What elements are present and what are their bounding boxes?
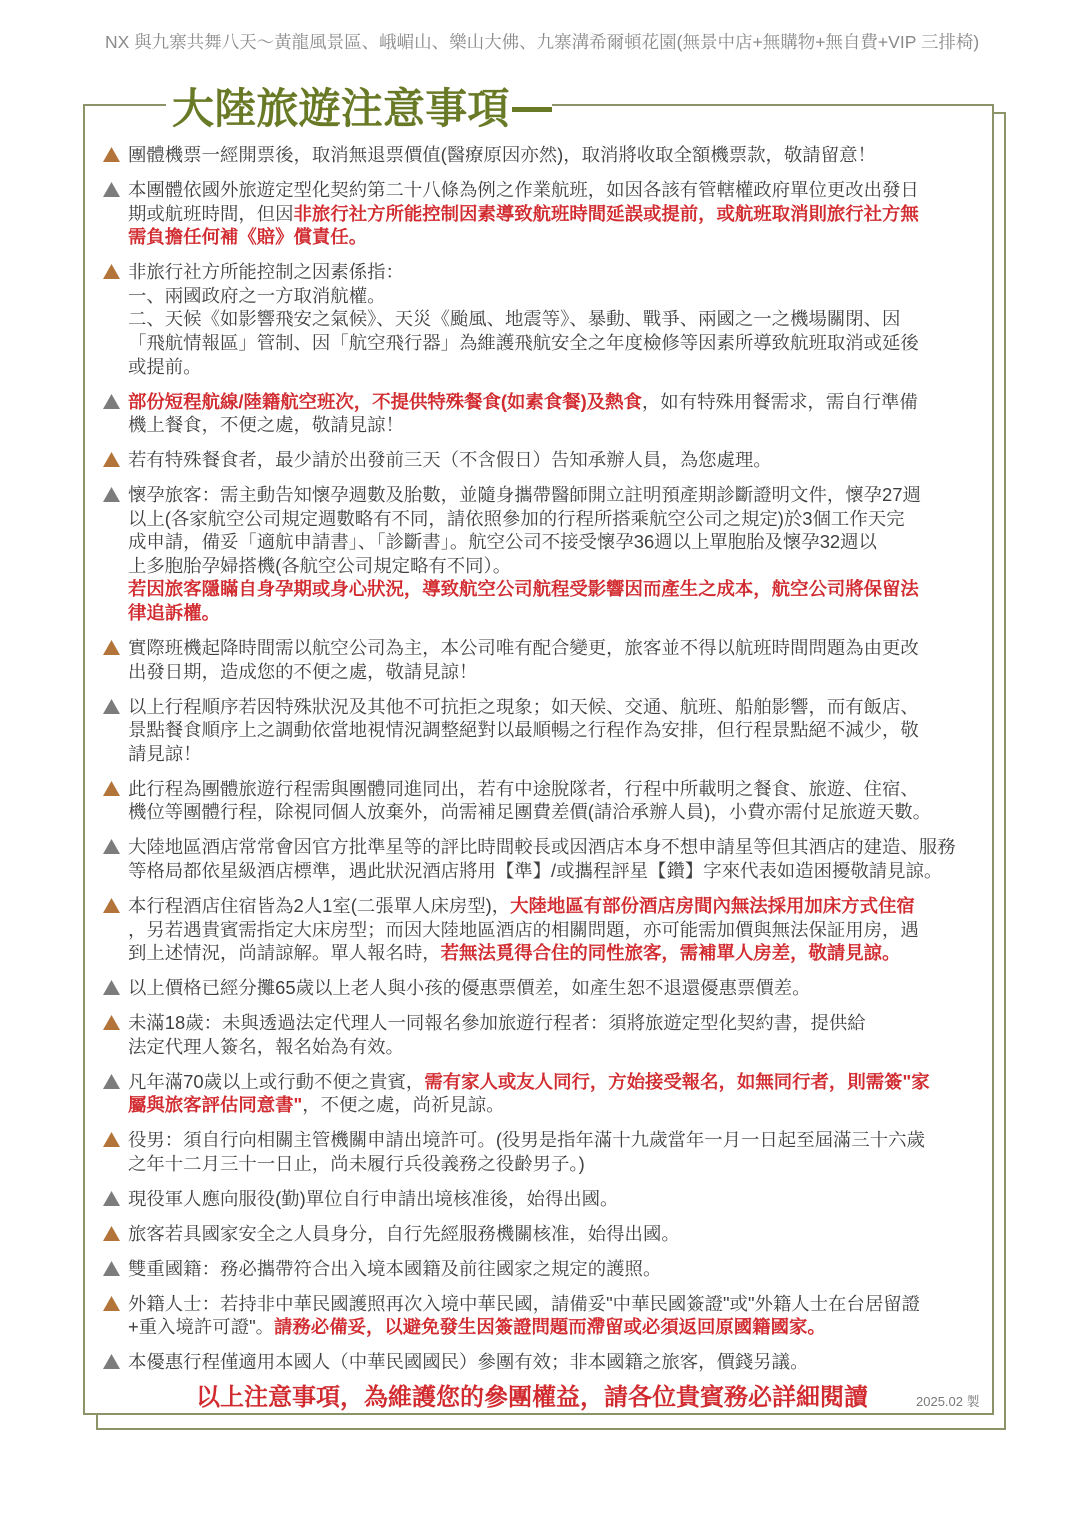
page-title: 大陸旅遊注意事項	[172, 86, 510, 132]
emphasis-text: 若因旅客隱瞞自身孕期或身心狀況，導致航空公司航程受影響因而產生之成本，航空公司將…	[128, 578, 919, 599]
text-line: 團體機票一經開票後，取消無退票價值(醫療原因亦然)，取消將收取全額機票款，敬請留…	[128, 143, 983, 167]
text-line: 等格局都依星級酒店標準，遇此狀況酒店將用【準】/或攜程評星【鑽】字來代表如造困擾…	[128, 859, 983, 883]
text-line: +重入境許可證"。請務必備妥，以避免發生因簽證問題而滯留或必須返回原國籍國家。	[128, 1315, 983, 1339]
warning-triangle-icon	[103, 483, 128, 507]
text-line: 未滿18歲：未與透過法定代理人一同報名參加旅遊行程者：須將旅遊定型化契約書，提供…	[128, 1011, 983, 1035]
text-line: 之年十二月三十一日止，尚未履行兵役義務之役齡男子。)	[128, 1152, 983, 1176]
warning-triangle-icon	[103, 976, 128, 1000]
body-text: ，不便之處，尚祈見諒。	[302, 1094, 504, 1115]
notice-text: 凡年滿70歲以上或行動不便之貴賓，需有家人或友人同行，方始接受報名，如無同行者，…	[128, 1070, 983, 1117]
warning-triangle-icon	[103, 143, 128, 167]
notice-text: 役男：須自行向相關主管機關申請出境許可。(役男是指年滿十九歲當年一月一日起至屆滿…	[128, 1128, 983, 1175]
notice-text: 本優惠行程僅適用本國人（中華民國國民）參團有效；非本國籍之旅客，價錢另議。	[128, 1350, 983, 1374]
notice-item: 此行程為團體旅遊行程需與團體同進同出，若有中途脫隊者，行程中所載明之餐食、旅遊、…	[103, 777, 983, 824]
text-line: 部份短程航線/陸籍航空班次，不提供特殊餐食(如素食餐)及熱食，如有特殊用餐需求，…	[128, 390, 983, 414]
body-text: 實際班機起降時間需以航空公司為主，本公司唯有配合變更，旅客並不得以航班時間問題為…	[128, 637, 919, 658]
notice-item: 以上價格已經分攤65歲以上老人與小孩的優惠票價差，如產生恕不退還優惠票價差。	[103, 976, 983, 1000]
emphasis-text: 律追訴權。	[128, 602, 220, 623]
section-heading: 大陸旅遊注意事項	[166, 86, 552, 132]
notice-item: 大陸地區酒店常常會因官方批準星等的評比時間較長或因酒店本身不想申請星等但其酒店的…	[103, 835, 983, 882]
notice-text: 旅客若具國家安全之人員身分，自行先經服務機關核准，始得出國。	[128, 1222, 983, 1246]
notice-item: 本行程酒店住宿皆為2人1室(二張單人床房型)，大陸地區有部份酒店房間內無法採用加…	[103, 894, 983, 965]
notice-item: 本優惠行程僅適用本國人（中華民國國民）參團有效；非本國籍之旅客，價錢另議。	[103, 1350, 983, 1374]
body-text: 團體機票一經開票後，取消無退票價值(醫療原因亦然)，取消將收取全額機票款，敬請留…	[128, 144, 876, 165]
notice-text: 現役軍人應向服役(勤)單位自行申請出境核准後，始得出國。	[128, 1187, 983, 1211]
body-text: 「飛航情報區」管制、因「航空飛行器」為維護飛航安全之年度檢修等因素所導致航班取消…	[128, 332, 919, 353]
body-text: 役男：須自行向相關主管機關申請出境許可。(役男是指年滿十九歲當年一月一日起至屆滿…	[128, 1129, 925, 1150]
emphasis-text: 需有家人或友人同行，方始接受報名，如無同行者，則需簽"家	[424, 1071, 929, 1092]
warning-triangle-icon	[103, 178, 128, 202]
text-line: 現役軍人應向服役(勤)單位自行申請出境核准後，始得出國。	[128, 1187, 983, 1211]
body-text: 旅客若具國家安全之人員身分，自行先經服務機關核准，始得出國。	[128, 1223, 680, 1244]
warning-triangle-icon	[103, 260, 128, 284]
body-text: 出發日期，造成您的不便之處，敬請見諒！	[128, 661, 477, 682]
body-text: 本行程酒店住宿皆為2人1室(二張單人床房型)，	[128, 895, 510, 916]
body-text: 機上餐食，不便之處，敬請見諒！	[128, 414, 404, 435]
notice-item: 雙重國籍：務必攜帶符合出入境本國籍及前往國家之規定的護照。	[103, 1257, 983, 1281]
text-line: 請見諒！	[128, 742, 983, 766]
notice-text: 雙重國籍：務必攜帶符合出入境本國籍及前往國家之規定的護照。	[128, 1257, 983, 1281]
warning-triangle-icon	[103, 390, 128, 414]
emphasis-text: 部份短程航線/陸籍航空班次，不提供特殊餐食(如素食餐)及熱食	[128, 391, 642, 412]
body-text: 本優惠行程僅適用本國人（中華民國國民）參團有效；非本國籍之旅客，價錢另議。	[128, 1351, 808, 1372]
warning-triangle-icon	[103, 1128, 128, 1152]
text-line: 以上價格已經分攤65歲以上老人與小孩的優惠票價差，如產生恕不退還優惠票價差。	[128, 976, 983, 1000]
notice-item: 凡年滿70歲以上或行動不便之貴賓，需有家人或友人同行，方始接受報名，如無同行者，…	[103, 1070, 983, 1117]
emphasis-text: 大陸地區有部份酒店房間內無法採用加床方式住宿	[510, 895, 915, 916]
text-line: 期或航班時間，但因非旅行社方所能控制因素導致航班時間延誤或提前，或航班取消則旅行…	[128, 202, 983, 226]
warning-triangle-icon	[103, 1070, 128, 1094]
text-line: 屬與旅客評估同意書"，不便之處，尚祈見諒。	[128, 1093, 983, 1117]
notice-item: 本團體依國外旅遊定型化契約第二十八條為例之作業航班，如因各該有管轄權政府單位更改…	[103, 178, 983, 249]
notice-item: 部份短程航線/陸籍航空班次，不提供特殊餐食(如素食餐)及熱食，如有特殊用餐需求，…	[103, 390, 983, 437]
notice-item: 若有特殊餐食者，最少請於出發前三天（不含假日）告知承辦人員，為您處理。	[103, 448, 983, 472]
warning-triangle-icon	[103, 1350, 128, 1374]
text-line: 需負擔任何補《賠》償責任。	[128, 225, 983, 249]
text-line: 大陸地區酒店常常會因官方批準星等的評比時間較長或因酒店本身不想申請星等但其酒店的…	[128, 835, 983, 859]
body-text: ，另若遇貴賓需指定大床房型；而因大陸地區酒店的相關問題，亦可能需加價與無法保証用…	[128, 919, 919, 940]
text-line: 二、天候《如影響飛安之氣候》、天災《颱風、地震等》、暴動、戰爭、兩國之一之機場關…	[128, 307, 983, 331]
warning-triangle-icon	[103, 894, 128, 918]
text-line: 「飛航情報區」管制、因「航空飛行器」為維護飛航安全之年度檢修等因素所導致航班取消…	[128, 331, 983, 355]
body-text: 之年十二月三十一日止，尚未履行兵役義務之役齡男子。)	[128, 1153, 585, 1174]
notice-text: 本行程酒店住宿皆為2人1室(二張單人床房型)，大陸地區有部份酒店房間內無法採用加…	[128, 894, 983, 965]
body-text: 以上行程順序若因特殊狀況及其他不可抗拒之現象；如天候、交通、航班、船舶影響，而有…	[128, 696, 919, 717]
text-line: 本優惠行程僅適用本國人（中華民國國民）參團有效；非本國籍之旅客，價錢另議。	[128, 1350, 983, 1374]
notice-item: 役男：須自行向相關主管機關申請出境許可。(役男是指年滿十九歲當年一月一日起至屆滿…	[103, 1128, 983, 1175]
warning-triangle-icon	[103, 1222, 128, 1246]
text-line: 以上(各家航空公司規定週數略有不同，請依照參加的行程所搭乘航空公司之規定)於3個…	[128, 507, 983, 531]
title-dash-decoration	[512, 107, 552, 112]
body-text: 期或航班時間，但因	[128, 203, 294, 224]
body-text: 成申請，備妥「適航申請書」、「診斷書」。航空公司不接受懷孕36週以上單胞胎及懷孕…	[128, 531, 877, 552]
warning-triangle-icon	[103, 1257, 128, 1281]
notice-text: 實際班機起降時間需以航空公司為主，本公司唯有配合變更，旅客並不得以航班時間問題為…	[128, 636, 983, 683]
notice-text: 部份短程航線/陸籍航空班次，不提供特殊餐食(如素食餐)及熱食，如有特殊用餐需求，…	[128, 390, 983, 437]
notice-item: 外籍人士：若持非中華民國護照再次入境中華民國，請備妥"中華民國簽證"或"外籍人士…	[103, 1292, 983, 1339]
body-text: 雙重國籍：務必攜帶符合出入境本國籍及前往國家之規定的護照。	[128, 1258, 661, 1279]
notice-item: 懷孕旅客：需主動告知懷孕週數及胎數，並隨身攜帶醫師開立註明預產期診斷證明文件，懷…	[103, 483, 983, 625]
body-text: 本團體依國外旅遊定型化契約第二十八條為例之作業航班，如因各該有管轄權政府單位更改…	[128, 179, 919, 200]
notice-text: 團體機票一經開票後，取消無退票價值(醫療原因亦然)，取消將收取全額機票款，敬請留…	[128, 143, 983, 167]
text-line: 一、兩國政府之一方取消航權。	[128, 284, 983, 308]
text-line: 景點餐食順序上之調動依當地視情況調整絕對以最順暢之行程作為安排，但行程景點絕不減…	[128, 718, 983, 742]
notice-list: 團體機票一經開票後，取消無退票價值(醫療原因亦然)，取消將收取全額機票款，敬請留…	[103, 143, 983, 1385]
notice-item: 旅客若具國家安全之人員身分，自行先經服務機關核准，始得出國。	[103, 1222, 983, 1246]
text-line: 上多胞胎孕婦搭機(各航空公司規定略有不同）。	[128, 554, 983, 578]
notice-text: 懷孕旅客：需主動告知懷孕週數及胎數，並隨身攜帶醫師開立註明預產期診斷證明文件，懷…	[128, 483, 983, 625]
body-text: 或提前。	[128, 356, 202, 377]
notice-item: 團體機票一經開票後，取消無退票價值(醫療原因亦然)，取消將收取全額機票款，敬請留…	[103, 143, 983, 167]
body-text: 等格局都依星級酒店標準，遇此狀況酒店將用【準】/或攜程評星【鑽】字來代表如造困擾…	[128, 860, 942, 881]
text-line: 雙重國籍：務必攜帶符合出入境本國籍及前往國家之規定的護照。	[128, 1257, 983, 1281]
notice-item: 非旅行社方所能控制之因素係指：一、兩國政府之一方取消航權。二、天候《如影響飛安之…	[103, 260, 983, 378]
body-text: 若有特殊餐食者，最少請於出發前三天（不含假日）告知承辦人員，為您處理。	[128, 449, 772, 470]
warning-triangle-icon	[103, 1187, 128, 1211]
notice-text: 外籍人士：若持非中華民國護照再次入境中華民國，請備妥"中華民國簽證"或"外籍人士…	[128, 1292, 983, 1339]
body-text: 大陸地區酒店常常會因官方批準星等的評比時間較長或因酒店本身不想申請星等但其酒店的…	[128, 836, 956, 857]
body-text: +重入境許可證"。	[128, 1316, 274, 1337]
body-text: 非旅行社方所能控制之因素係指：	[128, 261, 404, 282]
emphasis-text: 請務必備妥，以避免發生因簽證問題而滯留或必須返回原國籍國家。	[274, 1316, 826, 1337]
notice-text: 以上行程順序若因特殊狀況及其他不可抗拒之現象；如天候、交通、航班、船舶影響，而有…	[128, 695, 983, 766]
text-line: 法定代理人簽名，報名始為有效。	[128, 1035, 983, 1059]
text-line: 律追訴權。	[128, 601, 983, 625]
notice-text: 未滿18歲：未與透過法定代理人一同報名參加旅遊行程者：須將旅遊定型化契約書，提供…	[128, 1011, 983, 1058]
notice-text: 本團體依國外旅遊定型化契約第二十八條為例之作業航班，如因各該有管轄權政府單位更改…	[128, 178, 983, 249]
text-line: 實際班機起降時間需以航空公司為主，本公司唯有配合變更，旅客並不得以航班時間問題為…	[128, 636, 983, 660]
body-text: 以上價格已經分攤65歲以上老人與小孩的優惠票價差，如產生恕不退還優惠票價差。	[128, 977, 811, 998]
text-line: ，另若遇貴賓需指定大床房型；而因大陸地區酒店的相關問題，亦可能需加價與無法保証用…	[128, 918, 983, 942]
body-text: 一、兩國政府之一方取消航權。	[128, 285, 385, 306]
emphasis-text: 非旅行社方所能控制因素導致航班時間延誤或提前，或航班取消則旅行社方無	[294, 203, 919, 224]
footer-reminder: 以上注意事項，為維護您的參團權益，請各位貴賓務必詳細閱讀	[196, 1384, 868, 1412]
footer-date: 2025.02 製	[916, 1394, 980, 1410]
notice-item: 未滿18歲：未與透過法定代理人一同報名參加旅遊行程者：須將旅遊定型化契約書，提供…	[103, 1011, 983, 1058]
warning-triangle-icon	[103, 448, 128, 472]
warning-triangle-icon	[103, 777, 128, 801]
emphasis-text: 若無法覓得合住的同性旅客，需補單人房差，敬請見諒。	[441, 942, 901, 963]
body-text: 機位等團體行程，除視同個人放棄外，尚需補足團費差價(請洽承辦人員)，小費亦需付足…	[128, 801, 931, 822]
notice-text: 若有特殊餐食者，最少請於出發前三天（不含假日）告知承辦人員，為您處理。	[128, 448, 983, 472]
body-text: 到上述情況，尚請諒解。單人報名時，	[128, 942, 441, 963]
text-line: 成申請，備妥「適航申請書」、「診斷書」。航空公司不接受懷孕36週以上單胞胎及懷孕…	[128, 530, 983, 554]
itinerary-title: NX 與九寨共舞八天～黃龍風景區、峨嵋山、樂山大佛、九寨溝希爾頓花園(無景中店+…	[105, 31, 979, 53]
body-text: 二、天候《如影響飛安之氣候》、天災《颱風、地震等》、暴動、戰爭、兩國之一之機場關…	[128, 308, 900, 329]
text-line: 非旅行社方所能控制之因素係指：	[128, 260, 983, 284]
warning-triangle-icon	[103, 1292, 128, 1316]
text-line: 凡年滿70歲以上或行動不便之貴賓，需有家人或友人同行，方始接受報名，如無同行者，…	[128, 1070, 983, 1094]
notice-item: 以上行程順序若因特殊狀況及其他不可抗拒之現象；如天候、交通、航班、船舶影響，而有…	[103, 695, 983, 766]
emphasis-text: 需負擔任何補《賠》償責任。	[128, 226, 367, 247]
text-line: 此行程為團體旅遊行程需與團體同進同出，若有中途脫隊者，行程中所載明之餐食、旅遊、…	[128, 777, 983, 801]
text-line: 若有特殊餐食者，最少請於出發前三天（不含假日）告知承辦人員，為您處理。	[128, 448, 983, 472]
notice-text: 此行程為團體旅遊行程需與團體同進同出，若有中途脫隊者，行程中所載明之餐食、旅遊、…	[128, 777, 983, 824]
text-line: 旅客若具國家安全之人員身分，自行先經服務機關核准，始得出國。	[128, 1222, 983, 1246]
body-text: 懷孕旅客：需主動告知懷孕週數及胎數，並隨身攜帶醫師開立註明預產期診斷證明文件，懷…	[128, 484, 921, 505]
warning-triangle-icon	[103, 835, 128, 859]
notice-text: 非旅行社方所能控制之因素係指：一、兩國政府之一方取消航權。二、天候《如影響飛安之…	[128, 260, 983, 378]
body-text: 現役軍人應向服役(勤)單位自行申請出境核准後，始得出國。	[128, 1188, 618, 1209]
notice-text: 以上價格已經分攤65歲以上老人與小孩的優惠票價差，如產生恕不退還優惠票價差。	[128, 976, 983, 1000]
notice-item: 現役軍人應向服役(勤)單位自行申請出境核准後，始得出國。	[103, 1187, 983, 1211]
body-text: 未滿18歲：未與透過法定代理人一同報名參加旅遊行程者：須將旅遊定型化契約書，提供…	[128, 1012, 866, 1033]
notice-text: 大陸地區酒店常常會因官方批準星等的評比時間較長或因酒店本身不想申請星等但其酒店的…	[128, 835, 983, 882]
emphasis-text: 屬與旅客評估同意書"	[128, 1094, 302, 1115]
text-line: 外籍人士：若持非中華民國護照再次入境中華民國，請備妥"中華民國簽證"或"外籍人士…	[128, 1292, 983, 1316]
text-line: 或提前。	[128, 355, 983, 379]
body-text: 外籍人士：若持非中華民國護照再次入境中華民國，請備妥"中華民國簽證"或"外籍人士…	[128, 1293, 920, 1314]
body-text: 請見諒！	[128, 743, 202, 764]
body-text: 以上(各家航空公司規定週數略有不同，請依照參加的行程所搭乘航空公司之規定)於3個…	[128, 508, 905, 529]
body-text: 景點餐食順序上之調動依當地視情況調整絕對以最順暢之行程作為安排，但行程景點絕不減…	[128, 719, 919, 740]
body-text: 法定代理人簽名，報名始為有效。	[128, 1036, 404, 1057]
text-line: 到上述情況，尚請諒解。單人報名時，若無法覓得合住的同性旅客，需補單人房差，敬請見…	[128, 941, 983, 965]
warning-triangle-icon	[103, 636, 128, 660]
text-line: 本團體依國外旅遊定型化契約第二十八條為例之作業航班，如因各該有管轄權政府單位更改…	[128, 178, 983, 202]
text-line: 懷孕旅客：需主動告知懷孕週數及胎數，並隨身攜帶醫師開立註明預產期診斷證明文件，懷…	[128, 483, 983, 507]
text-line: 機上餐食，不便之處，敬請見諒！	[128, 413, 983, 437]
notice-item: 實際班機起降時間需以航空公司為主，本公司唯有配合變更，旅客並不得以航班時間問題為…	[103, 636, 983, 683]
warning-triangle-icon	[103, 1011, 128, 1035]
body-text: 此行程為團體旅遊行程需與團體同進同出，若有中途脫隊者，行程中所載明之餐食、旅遊、…	[128, 778, 919, 799]
warning-triangle-icon	[103, 695, 128, 719]
text-line: 以上行程順序若因特殊狀況及其他不可抗拒之現象；如天候、交通、航班、船舶影響，而有…	[128, 695, 983, 719]
text-line: 本行程酒店住宿皆為2人1室(二張單人床房型)，大陸地區有部份酒店房間內無法採用加…	[128, 894, 983, 918]
text-line: 役男：須自行向相關主管機關申請出境許可。(役男是指年滿十九歲當年一月一日起至屆滿…	[128, 1128, 983, 1152]
body-text: ，如有特殊用餐需求，需自行準備	[642, 391, 918, 412]
body-text: 上多胞胎孕婦搭機(各航空公司規定略有不同）。	[128, 555, 511, 576]
text-line: 機位等團體行程，除視同個人放棄外，尚需補足團費差價(請洽承辦人員)，小費亦需付足…	[128, 800, 983, 824]
text-line: 若因旅客隱瞞自身孕期或身心狀況，導致航空公司航程受影響因而產生之成本，航空公司將…	[128, 577, 983, 601]
text-line: 出發日期，造成您的不便之處，敬請見諒！	[128, 660, 983, 684]
body-text: 凡年滿70歲以上或行動不便之貴賓，	[128, 1071, 424, 1092]
